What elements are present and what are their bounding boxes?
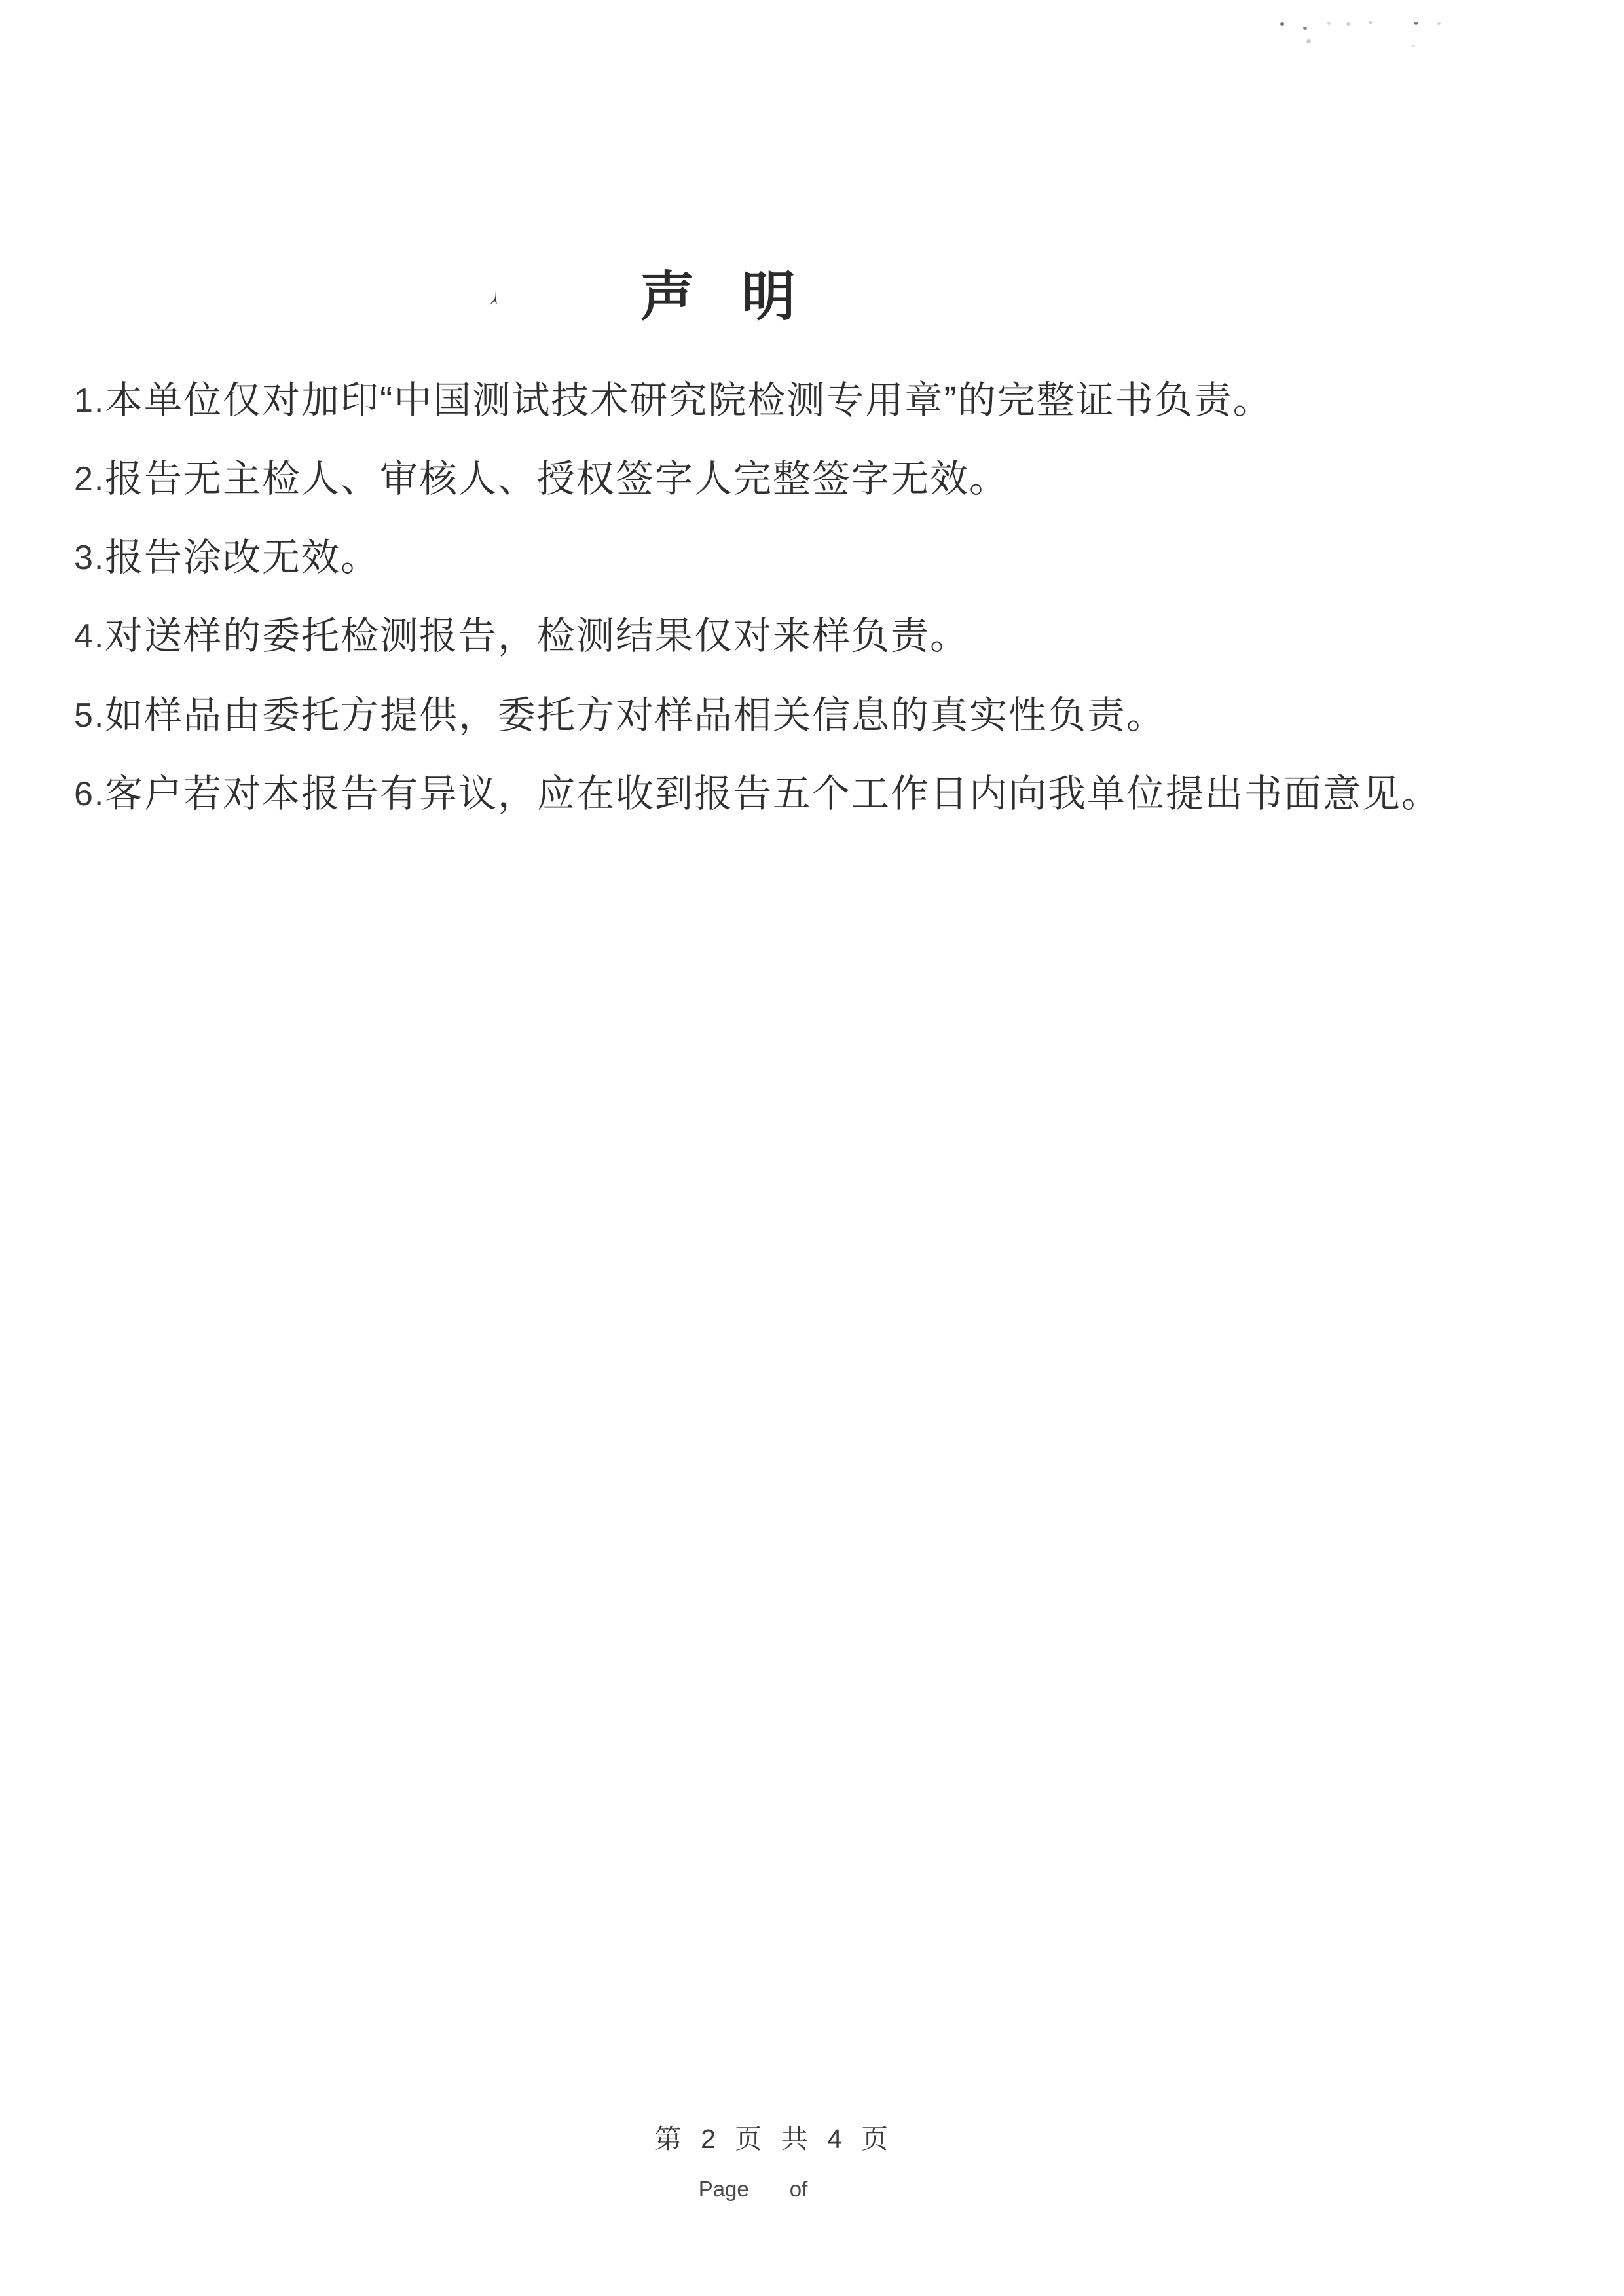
statement-text: 报告涂改无效。 bbox=[105, 538, 380, 577]
scan-speckle bbox=[1306, 39, 1311, 43]
statement-page: 声 明 1. 本单位仅对加印“中国测试技术研究院检测专用章”的完整证书负责。 2… bbox=[0, 0, 1624, 2296]
scan-speckle bbox=[1369, 21, 1372, 24]
scan-speckle bbox=[1437, 22, 1441, 25]
scan-tick-mark bbox=[488, 289, 501, 307]
statement-list: 1. 本单位仅对加印“中国测试技术研究院检测专用章”的完整证书负责。 2. 报告… bbox=[74, 381, 1554, 853]
footer-page-line-zh: 第 2 页 共 4 页 bbox=[0, 2117, 1624, 2156]
statement-number: 1. bbox=[74, 381, 105, 418]
footer: 第 2 页 共 4 页 Pageof bbox=[0, 2117, 1624, 2202]
statement-item: 5. 如样品由委托方提供，委托方对样品相关信息的真实性负责。 bbox=[74, 696, 1554, 735]
statement-number: 4. bbox=[74, 617, 105, 654]
statement-number: 2. bbox=[74, 460, 105, 497]
statement-text: 如样品由委托方提供，委托方对样品相关信息的真实性负责。 bbox=[105, 696, 1166, 735]
statement-number: 3. bbox=[74, 538, 105, 575]
statement-number: 6. bbox=[74, 774, 105, 812]
footer-page-line-en: Pageof bbox=[0, 2177, 1624, 2202]
statement-item: 4. 对送样的委托检测报告，检测结果仅对来样负责。 bbox=[74, 617, 1554, 655]
scan-speckle bbox=[1327, 22, 1331, 25]
scan-speckle bbox=[1412, 45, 1415, 47]
statement-item: 6. 客户若对本报告有异议，应在收到报告五个工作日内向我单位提出书面意见。 bbox=[74, 774, 1554, 813]
scan-speckle bbox=[1346, 22, 1350, 26]
statement-item: 1. 本单位仅对加印“中国测试技术研究院检测专用章”的完整证书负责。 bbox=[74, 381, 1554, 420]
statement-text: 本单位仅对加印“中国测试技术研究院检测专用章”的完整证书负责。 bbox=[105, 381, 1272, 420]
page-title: 声 明 bbox=[640, 254, 798, 331]
scan-speckle bbox=[1303, 27, 1307, 30]
statement-text: 客户若对本报告有异议，应在收到报告五个工作日内向我单位提出书面意见。 bbox=[105, 774, 1441, 813]
statement-item: 3. 报告涂改无效。 bbox=[74, 538, 1554, 577]
statement-text: 对送样的委托检测报告，检测结果仅对来样负责。 bbox=[105, 617, 969, 655]
statement-number: 5. bbox=[74, 696, 105, 733]
statement-text: 报告无主检人、审核人、授权签字人完整签字无效。 bbox=[105, 460, 1008, 498]
scan-speckle bbox=[1280, 22, 1284, 26]
page-label: Page bbox=[699, 2177, 749, 2201]
statement-item: 2. 报告无主检人、审核人、授权签字人完整签字无效。 bbox=[74, 460, 1554, 498]
scan-speckle bbox=[1414, 22, 1418, 25]
of-label: of bbox=[790, 2177, 808, 2201]
